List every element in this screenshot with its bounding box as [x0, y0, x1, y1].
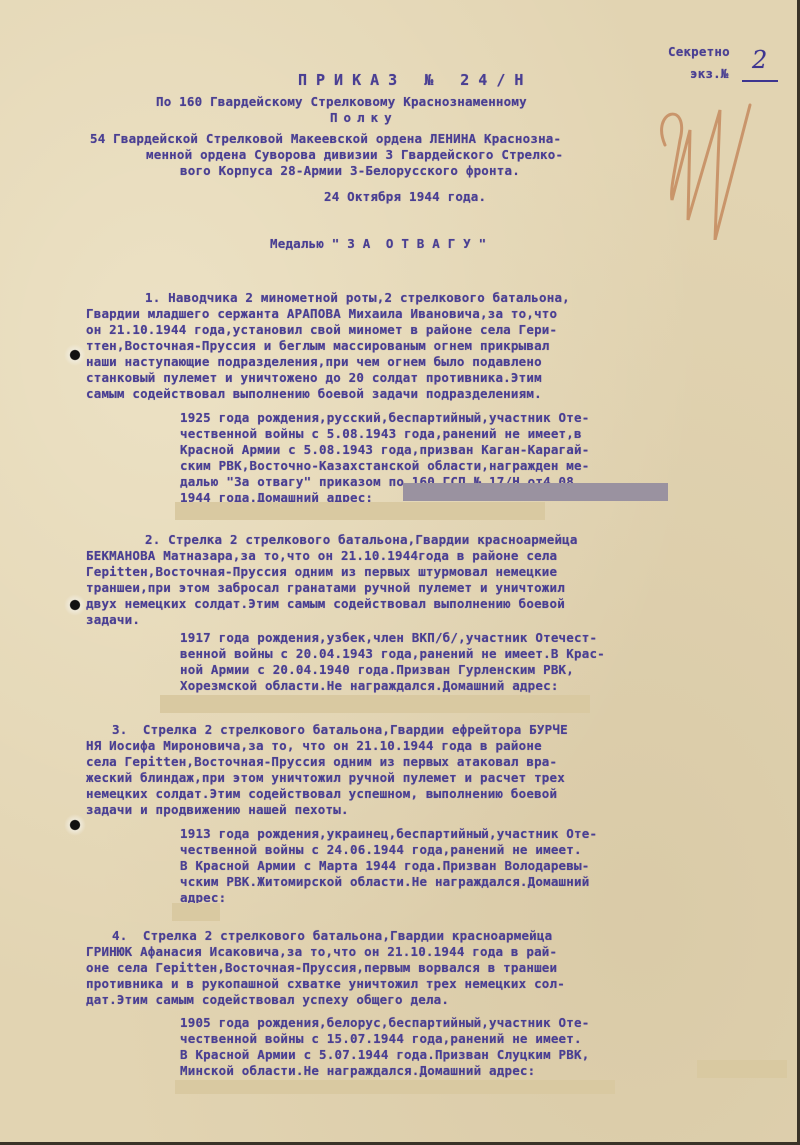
entry-2-citation-line: траншеи,при этом забросал гранатами ручн…: [86, 580, 565, 596]
punch-hole-icon: [64, 344, 86, 366]
entry-3-bio-line: В Красной Армии с Марта 1944 года.Призва…: [180, 858, 589, 874]
entry-2-bio-line: ной Армии с 20.04.1940 года.Призван Гурл…: [180, 662, 574, 678]
entry-3-citation-line: задачи и продвижению нашей пехоты.: [86, 802, 349, 818]
entry-1-bio-line: ским РВК,Восточно-Казахстанской области,…: [180, 458, 589, 474]
redacted-address: [697, 1060, 787, 1078]
page-title: ПРИКАЗ № 24/Н: [298, 72, 532, 88]
entry-3-citation-line: НЯ Иосифа Мироновича,за то, что он 21.10…: [86, 738, 542, 754]
copy-label: экз.№: [690, 66, 729, 82]
entry-4-bio-line: чественной войны с 15.07.1944 года,ранен…: [180, 1031, 582, 1047]
copy-number: 2: [752, 52, 767, 68]
document-page: Секретно экз.№ 2 ПРИКАЗ № 24/Н По 160 Гв…: [0, 0, 800, 1145]
redacted-address: [175, 502, 545, 520]
entry-2-citation-line: БЕКМАНОВА Матназара,за то,что он 21.10.1…: [86, 548, 557, 564]
division-line-1: 54 Гвардейской Стрелковой Макеевской орд…: [90, 131, 561, 147]
punch-hole-icon: [64, 814, 86, 836]
order-date: 24 Октября 1944 года.: [324, 189, 486, 205]
secret-label: Секретно: [668, 44, 730, 60]
entry-1-citation-line: самым содействовал выполнению боевой зад…: [86, 386, 542, 402]
punch-hole-icon: [64, 594, 86, 616]
entry-1-bio-line: 1925 года рождения,русский,беспартийный,…: [180, 410, 589, 426]
entry-3-citation-line: немецких солдат.Этим содействовал успешн…: [86, 786, 557, 802]
copy-number-underline: [742, 80, 778, 82]
entry-3-citation-line: села Герittен,Восточная-Пруссия одним из…: [86, 754, 557, 770]
entry-2-bio-line: 1917 года рождения,узбек,член ВКП/б/,уча…: [180, 630, 597, 646]
entry-1-citation-line: станковый пулемет и уничтожено до 20 сол…: [86, 370, 542, 386]
entry-3-bio-line: чественной войны с 24.06.1944 года,ранен…: [180, 842, 582, 858]
entry-1-citation-line: он 21.10.1944 года,установил свой миноме…: [86, 322, 557, 338]
entry-4-citation-line: дат.Этим самым содействовал успеху общег…: [86, 992, 449, 1008]
entry-3-citation-line: 3. Стрелка 2 стрелкового батальона,Гвард…: [112, 722, 568, 738]
entry-1-citation-line: наши наступающие подразделения,при чем о…: [86, 354, 542, 370]
entry-4-citation-line: 4. Стрелка 2 стрелкового батальона,Гвард…: [112, 928, 552, 944]
redacted-address: [172, 903, 220, 921]
entry-1-citation-line: ттен,Восточная-Пруссия и беглым массиров…: [86, 338, 550, 354]
unit-line-1: По 160 Гвардейскому Стрелковому Краснозн…: [156, 94, 527, 110]
unit-line-2: Полку: [330, 110, 398, 126]
entry-3-citation-line: жеский блиндаж,при этом уничтожил ручной…: [86, 770, 565, 786]
entry-4-citation-line: ГРИНЮК Афанасия Исаковича,за то,что он 2…: [86, 944, 557, 960]
redacted-address: [175, 1080, 615, 1094]
entry-3-bio-line: чским РВК.Житомирской области.Не награжд…: [180, 874, 589, 890]
entry-4-citation-line: противника и в рукопашной схватке уничто…: [86, 976, 565, 992]
award-heading: Медалью " З А О Т В А Г У ": [270, 236, 486, 252]
entry-4-bio-line: Минской области.Не награждался.Домашний …: [180, 1063, 535, 1079]
entry-4-bio-line: В Красной Армии с 5.07.1944 года.Призван…: [180, 1047, 589, 1063]
redacted-address: [403, 483, 668, 501]
entry-4-citation-line: оне села Герittен,Восточная-Пруссия,перв…: [86, 960, 557, 976]
entry-2-citation-line: задачи.: [86, 612, 140, 628]
entry-4-bio-line: 1905 года рождения,белорус,беспартийный,…: [180, 1015, 589, 1031]
entry-3-bio-line: 1913 года рождения,украинец,беспартийный…: [180, 826, 597, 842]
entry-2-citation-line: 2. Стрелка 2 стрелкового батальона,Гвард…: [145, 532, 578, 548]
entry-1-bio-line: чественной войны с 5.08.1943 года,ранени…: [180, 426, 582, 442]
division-line-2: менной ордена Суворова дивизии 3 Гвардей…: [146, 147, 563, 163]
entry-1-citation-line: Гвардии младшего сержанта АРАПОВА Михаил…: [86, 306, 557, 322]
pencil-signature-icon: [650, 90, 790, 240]
division-line-3: вого Корпуса 28-Армии 3-Белорусского фро…: [180, 163, 520, 179]
entry-2-citation-line: двух немецких солдат.Этим самым содейств…: [86, 596, 565, 612]
redacted-address: [160, 695, 590, 713]
entry-1-bio-line: Красной Армии с 5.08.1943 года,призван К…: [180, 442, 589, 458]
entry-2-bio-line: Хорезмской области.Не награждался.Домашн…: [180, 678, 559, 694]
entry-2-bio-line: венной войны с 20.04.1943 года,ранений н…: [180, 646, 605, 662]
entry-2-citation-line: Герittен,Восточная-Пруссия одним из перв…: [86, 564, 557, 580]
entry-1-citation-line: 1. Наводчика 2 минометной роты,2 стрелко…: [145, 290, 570, 306]
